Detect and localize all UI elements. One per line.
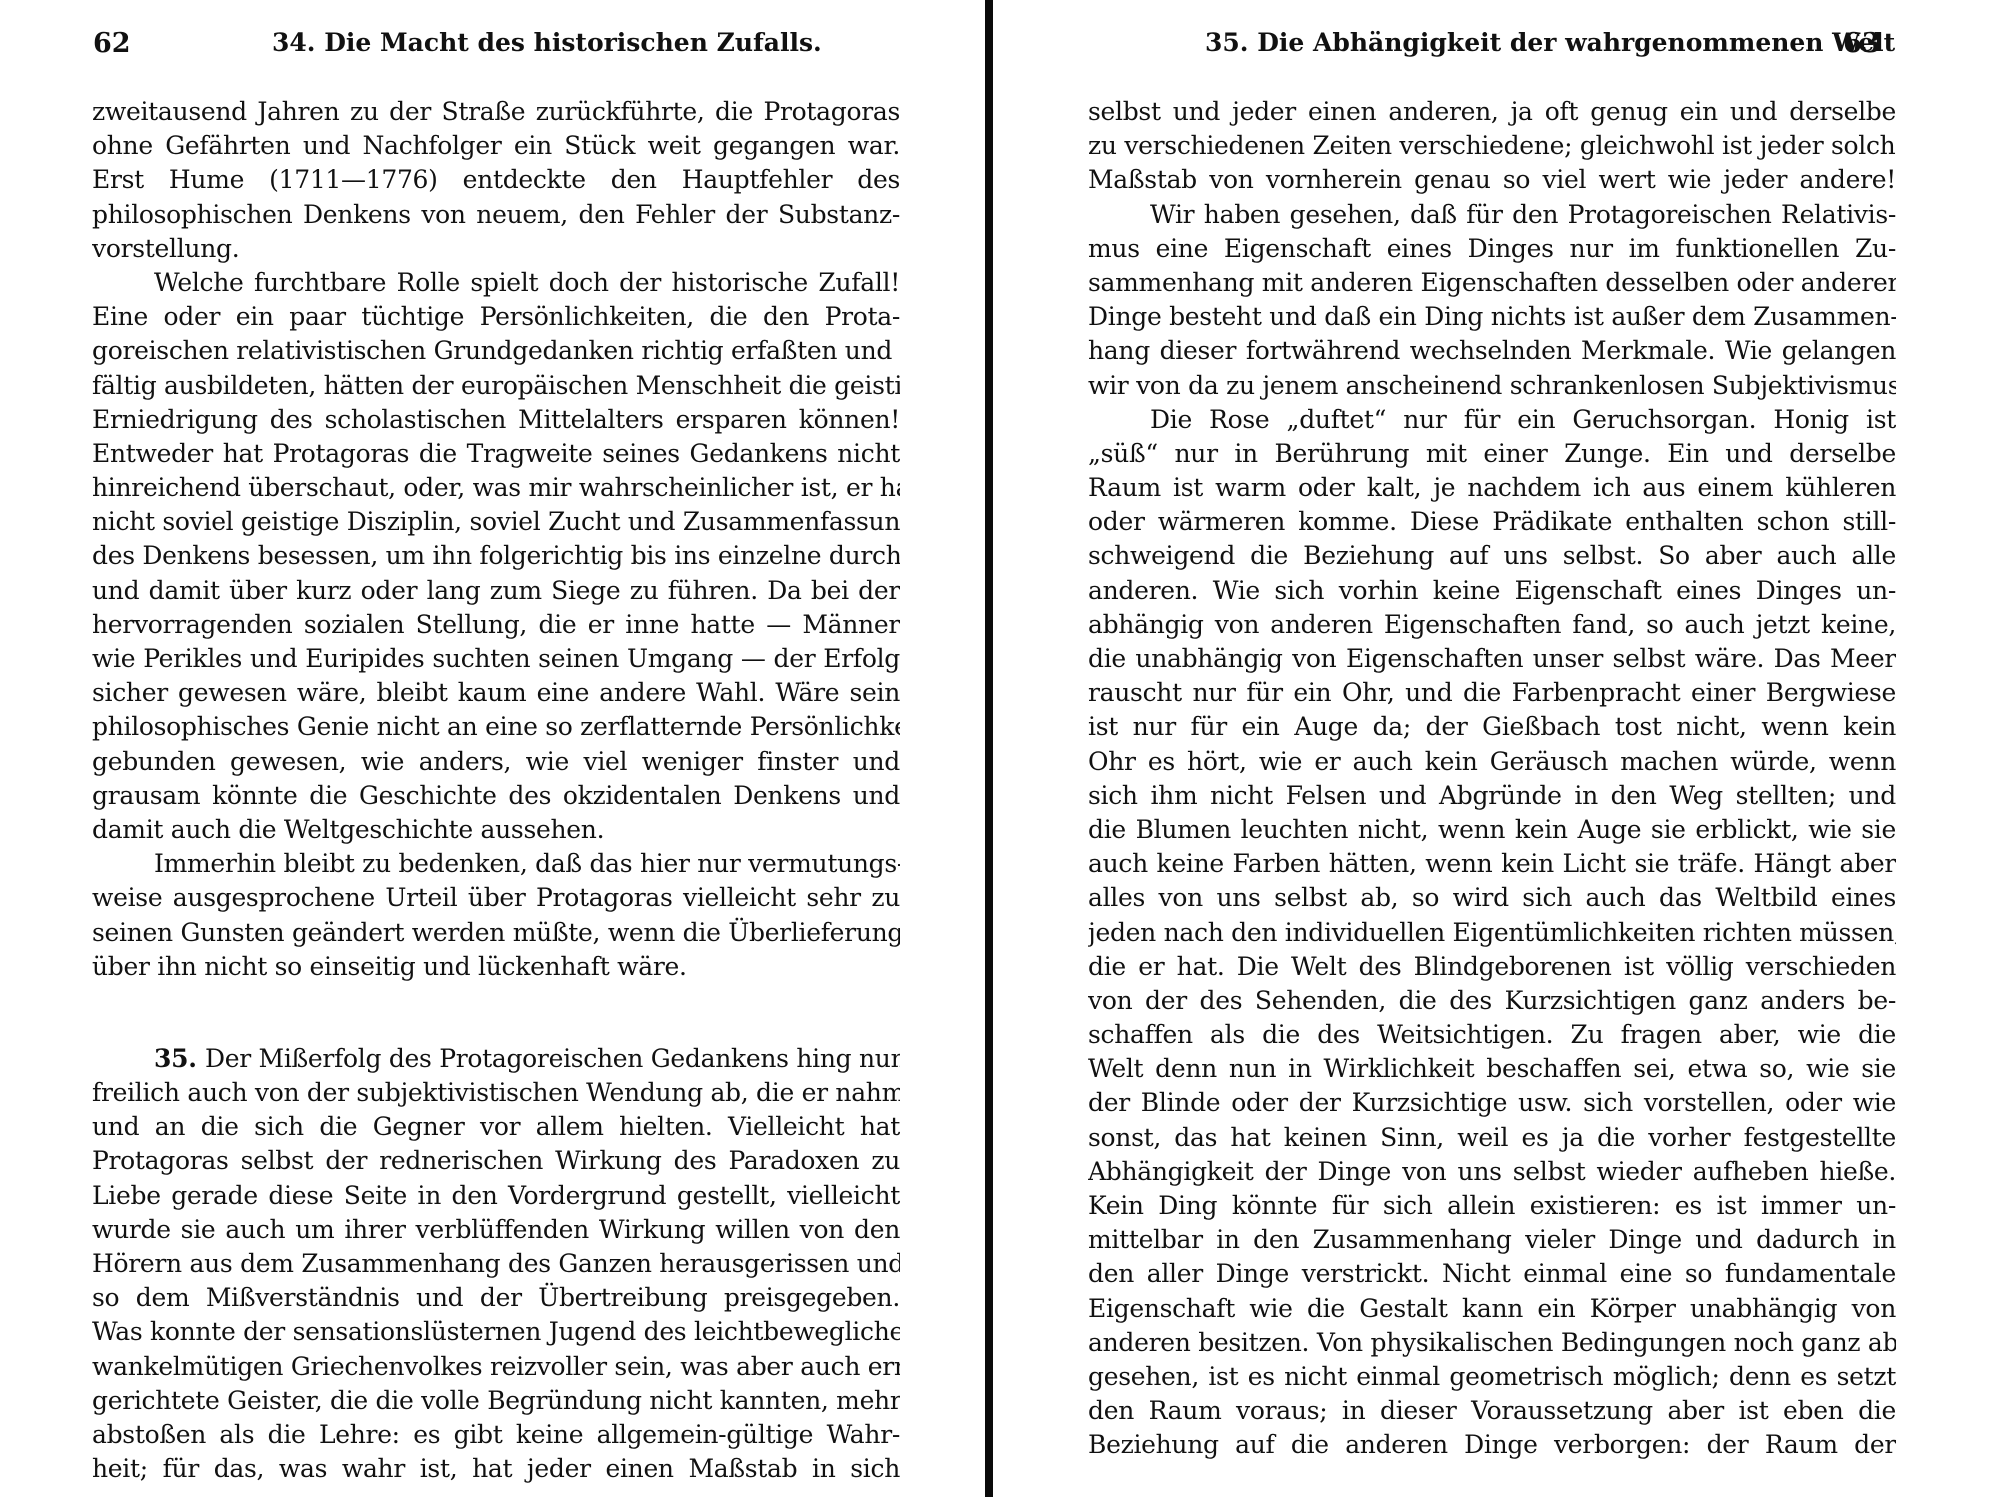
text-line: jeden nach den individuellen Eigentümlic…	[1088, 916, 1896, 950]
text-line: abstoßen als die Lehre: es gibt keine al…	[92, 1418, 900, 1452]
text-line: den Raum voraus; in dieser Voraussetzung…	[1088, 1394, 1896, 1428]
right-page: 35. Die Abhängigkeit der wahrgenommenen …	[993, 0, 2000, 1497]
text-line: so dem Mißverständnis und der Übertreibu…	[92, 1281, 900, 1315]
text-line: Eine oder ein paar tüchtige Persönlichke…	[92, 300, 900, 334]
text-line: des Denkens besessen, um ihn folgerichti…	[92, 539, 900, 573]
book-gutter	[985, 0, 993, 1497]
text-line: hinreichend überschaut, oder, was mir wa…	[92, 471, 900, 505]
text-line: schaffen als die des Weitsichtigen. Zu f…	[1088, 1018, 1896, 1052]
text-line: Eigenschaft wie die Gestalt kann ein Kör…	[1088, 1292, 1896, 1326]
text-line: Beziehung auf die anderen Dinge verborge…	[1088, 1428, 1896, 1462]
text-line: oder wärmeren komme. Diese Prädikate ent…	[1088, 505, 1896, 539]
text-line: wankelmütigen Griechenvolkes reizvoller …	[92, 1350, 900, 1384]
section-number: 35.	[154, 1044, 205, 1073]
text-line: gerichtete Geister, die die volle Begrün…	[92, 1384, 900, 1418]
text-line: Hörern aus dem Zusammenhang des Ganzen h…	[92, 1247, 900, 1281]
text-line: „süß“ nur in Berührung mit einer Zunge. …	[1088, 437, 1896, 471]
text-line: Immerhin bleibt zu bedenken, daß das hie…	[92, 847, 900, 881]
text-line: sammenhang mit anderen Eigenschaften des…	[1088, 266, 1896, 300]
text-line: weise ausgesprochene Urteil über Protago…	[92, 881, 900, 915]
page-number: 63	[1843, 28, 1881, 59]
text-line: schweigend die Beziehung auf uns selbst.…	[1088, 539, 1896, 573]
text-line: von der des Sehenden, die des Kurzsichti…	[1088, 984, 1896, 1018]
running-head: 34. Die Macht des historischen Zufalls.	[272, 28, 822, 57]
text-line: Welche furchtbare Rolle spielt doch der …	[92, 266, 900, 300]
text-line: mus eine Eigenschaft eines Dinges nur im…	[1088, 232, 1896, 266]
text-line: Ohr es hört, wie er auch kein Geräusch m…	[1088, 745, 1896, 779]
text-line: die unabhängig von Eigenschaften unser s…	[1088, 642, 1896, 676]
body-text: zweitausend Jahren zu der Straße zurückf…	[92, 95, 900, 1486]
text-line: über ihn nicht so einseitig und lückenha…	[92, 950, 900, 984]
text-line: hervorragenden sozialen Stellung, die er…	[92, 608, 900, 642]
text-line: wie Perikles und Euripides suchten seine…	[92, 642, 900, 676]
text-line: fältig ausbildeten, hätten der europäisc…	[92, 369, 900, 403]
text-line: abhängig von anderen Eigenschaften fand,…	[1088, 608, 1896, 642]
body-text: selbst und jeder einen anderen, ja oft g…	[1088, 95, 1896, 1463]
text-line: ist nur für ein Auge da; der Gießbach to…	[1088, 710, 1896, 744]
text-line: heit; für das, was wahr ist, hat jeder e…	[92, 1452, 900, 1486]
text-line: grausam könnte die Geschichte des okzide…	[92, 779, 900, 813]
text-line: selbst und jeder einen anderen, ja oft g…	[1088, 95, 1896, 129]
text-line: sicher gewesen wäre, bleibt kaum eine an…	[92, 676, 900, 710]
text-line: Die Rose „duftet“ nur für ein Geruchsorg…	[1088, 403, 1896, 437]
left-page: 62 34. Die Macht des historischen Zufall…	[0, 0, 985, 1497]
page-number: 62	[93, 28, 131, 59]
text-line: zu verschiedenen Zeiten verschiedene; gl…	[1088, 129, 1896, 163]
text-line: seinen Gunsten geändert werden müßte, we…	[92, 916, 900, 950]
text-line: Erst Hume (1711—1776) entdeckte den Haup…	[92, 163, 900, 197]
text-line: sich ihm nicht Felsen und Abgründe in de…	[1088, 779, 1896, 813]
text-line: philosophisches Genie nicht an eine so z…	[92, 710, 900, 744]
text-line: sonst, das hat keinen Sinn, weil es ja d…	[1088, 1121, 1896, 1155]
text-line: gesehen, ist es nicht einmal geometrisch…	[1088, 1360, 1896, 1394]
text-line: ohne Gefährten und Nachfolger ein Stück …	[92, 129, 900, 163]
text-line: Was konnte der sensationslüsternen Jugen…	[92, 1315, 900, 1349]
running-head: 35. Die Abhängigkeit der wahrgenommenen …	[1205, 28, 1895, 57]
text-line: Maßstab von vornherein genau so viel wer…	[1088, 163, 1896, 197]
text-line: damit auch die Weltgeschichte aussehen.	[92, 813, 900, 847]
text-line: anderen besitzen. Von physikalischen Bed…	[1088, 1326, 1896, 1360]
section-gap	[92, 984, 900, 1042]
text-line: Erniedrigung des scholastischen Mittelal…	[92, 403, 900, 437]
text-line: der Blinde oder der Kurzsichtige usw. si…	[1088, 1086, 1896, 1120]
text-line: alles von uns selbst ab, so wird sich au…	[1088, 881, 1896, 915]
text-line: gebunden gewesen, wie anders, wie viel w…	[92, 745, 900, 779]
text-line: den aller Dinge verstrickt. Nicht einmal…	[1088, 1257, 1896, 1291]
text-line: goreischen relativistischen Grundgedanke…	[92, 334, 900, 368]
text-line: Entweder hat Protagoras die Tragweite se…	[92, 437, 900, 471]
text-line: Welt denn nun in Wirklichkeit beschaffen…	[1088, 1052, 1896, 1086]
text-line: auch keine Farben hätten, wenn kein Lich…	[1088, 847, 1896, 881]
text-line: mittelbar in den Zusammenhang vieler Din…	[1088, 1223, 1896, 1257]
text-line: freilich auch von der subjektivistischen…	[92, 1076, 900, 1110]
text-line: anderen. Wie sich vorhin keine Eigenscha…	[1088, 574, 1896, 608]
text-line: die Blumen leuchten nicht, wenn kein Aug…	[1088, 813, 1896, 847]
text-line: die er hat. Die Welt des Blindgeborenen …	[1088, 950, 1896, 984]
text-line: Dinge besteht und daß ein Ding nichts is…	[1088, 300, 1896, 334]
text-line: wurde sie auch um ihrer verblüffenden Wi…	[92, 1213, 900, 1247]
text-line: Kein Ding könnte für sich allein existie…	[1088, 1189, 1896, 1223]
text-line: nicht soviel geistige Disziplin, soviel …	[92, 505, 900, 539]
text-line: rauscht nur für ein Ohr, und die Farbenp…	[1088, 676, 1896, 710]
text-line: wir von da zu jenem anscheinend schranke…	[1088, 369, 1896, 403]
text-line: Raum ist warm oder kalt, je nachdem ich …	[1088, 471, 1896, 505]
text-line: 35. Der Mißerfolg des Protagoreischen Ge…	[92, 1042, 900, 1076]
text-line: und damit über kurz oder lang zum Siege …	[92, 574, 900, 608]
text-line: vorstellung.	[92, 232, 900, 266]
text-line: zweitausend Jahren zu der Straße zurückf…	[92, 95, 900, 129]
text-line: Protagoras selbst der rednerischen Wirku…	[92, 1144, 900, 1178]
text-line: Wir haben gesehen, daß für den Protagore…	[1088, 198, 1896, 232]
text-line: Liebe gerade diese Seite in den Vordergr…	[92, 1179, 900, 1213]
text-line: Abhängigkeit der Dinge von uns selbst wi…	[1088, 1155, 1896, 1189]
text-line: und an die sich die Gegner vor allem hie…	[92, 1110, 900, 1144]
text-line: philosophischen Denkens von neuem, den F…	[92, 198, 900, 232]
text-line: hang dieser fortwährend wechselnden Merk…	[1088, 334, 1896, 368]
